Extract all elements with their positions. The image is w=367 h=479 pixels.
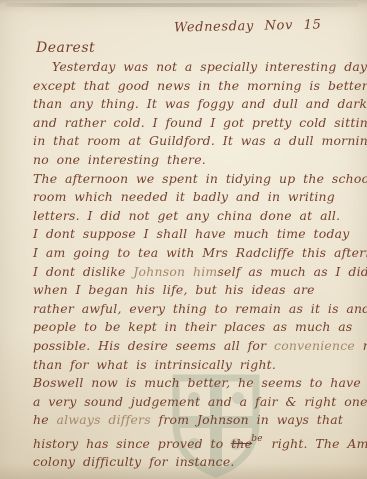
letter-line: he always differs from Johnson in ways t…	[33, 411, 357, 430]
letter-text-segment: except that good news in the morning is …	[33, 78, 367, 93]
letter-text-segment: the	[231, 436, 252, 451]
letter-line: people to be kept in their places as muc…	[33, 318, 357, 337]
letter-text-segment: rather	[355, 338, 367, 353]
letter-text-segment: from Johnson in ways that	[151, 412, 343, 427]
letter-text-segment: self as much as I did	[217, 264, 367, 279]
letter-text-segment: Johnson him	[133, 264, 217, 279]
letter-text-segment: be	[251, 434, 263, 444]
letter-text-segment: history has since proved to	[33, 436, 231, 451]
letter-line: and rather cold. I found I got pretty co…	[33, 114, 357, 133]
letter-text-segment: than for what is intrinsically right.	[33, 357, 276, 372]
letter-text-segment: Boswell now is much better, he seems to …	[33, 375, 361, 390]
letter-line: letters. I did not get any china done at…	[33, 207, 357, 226]
letter-text-segment: right. The American	[264, 436, 367, 451]
letter-line: The afternoon we spent in tidying up the…	[33, 170, 357, 189]
letter-line: possible. His desire seems all for conve…	[33, 337, 357, 356]
letter-salutation: Dearest	[36, 40, 95, 56]
letter-text-segment: convenience	[274, 338, 355, 353]
letter-text-segment: in that room at Guildford. It was a dull…	[33, 133, 367, 148]
letter-line: Boswell now is much better, he seems to …	[33, 374, 357, 393]
letter-text-segment: Yesterday was not a specially interestin…	[52, 59, 367, 74]
letter-line: in that room at Guildford. It was a dull…	[33, 132, 357, 151]
letter-date: Wednesday Nov 15	[173, 17, 321, 35]
letter-text-segment: colony difficulty for instance.	[33, 454, 235, 469]
letter-line: when I began his life, but his ideas are	[33, 281, 357, 300]
letter-line: I dont suppose I shall have much time to…	[33, 225, 357, 244]
letter-line: a very sound judgement and a fair & righ…	[33, 393, 357, 412]
letter-line: except that good news in the morning is …	[33, 77, 357, 96]
letter-text-segment: I am going to tea with Mrs Radcliffe thi…	[33, 245, 367, 260]
letter-text-segment: a very sound judgement and a fair & righ…	[33, 394, 367, 409]
letter-line: history has since proved to thebe right.…	[33, 430, 357, 454]
letter-line: I dont dislike Johnson himself as much a…	[33, 263, 357, 282]
letter-text-segment: always differs	[57, 412, 151, 427]
paper-edge-shadow	[6, 3, 358, 7]
letter-line: rather awful, every thing to remain as i…	[33, 300, 357, 319]
letter-text-segment: possible. His desire seems all for	[33, 338, 274, 353]
letter-text-segment: letters. I did not get any china done at…	[33, 208, 340, 223]
letter-text-segment: room which needed it badly and in writin…	[33, 189, 335, 204]
letter-line: Yesterday was not a specially interestin…	[33, 58, 357, 77]
letter-line: than for what is intrinsically right.	[33, 356, 357, 375]
letter-text-segment: The afternoon we spent in tidying up the…	[33, 171, 367, 186]
letter-text-segment: than any thing. It was foggy and dull an…	[33, 96, 367, 111]
letter-line: room which needed it badly and in writin…	[33, 188, 357, 207]
letter-text-segment: when I began his life, but his ideas are	[33, 282, 315, 297]
letter-text-segment: people to be kept in their places as muc…	[33, 319, 353, 334]
letter-text-segment: rather awful, every thing to remain as i…	[33, 301, 367, 316]
letter-text-segment: and rather cold. I found I got pretty co…	[33, 115, 367, 130]
letter-line: colony difficulty for instance.	[33, 453, 357, 472]
letter-text-segment: I dont suppose I shall have much time to…	[33, 226, 350, 241]
letter-body: Yesterday was not a specially interestin…	[33, 58, 357, 472]
letter-line: no one interesting there.	[33, 151, 357, 170]
letter-text-segment: he	[33, 412, 57, 427]
letter-line: I am going to tea with Mrs Radcliffe thi…	[33, 244, 357, 263]
letter-text-segment: I dont dislike	[33, 264, 133, 279]
letter-page: Wednesday Nov 15 Dearest Yesterday was n…	[0, 0, 367, 479]
letter-text-segment: no one interesting there.	[33, 152, 206, 167]
letter-line: than any thing. It was foggy and dull an…	[33, 95, 357, 114]
